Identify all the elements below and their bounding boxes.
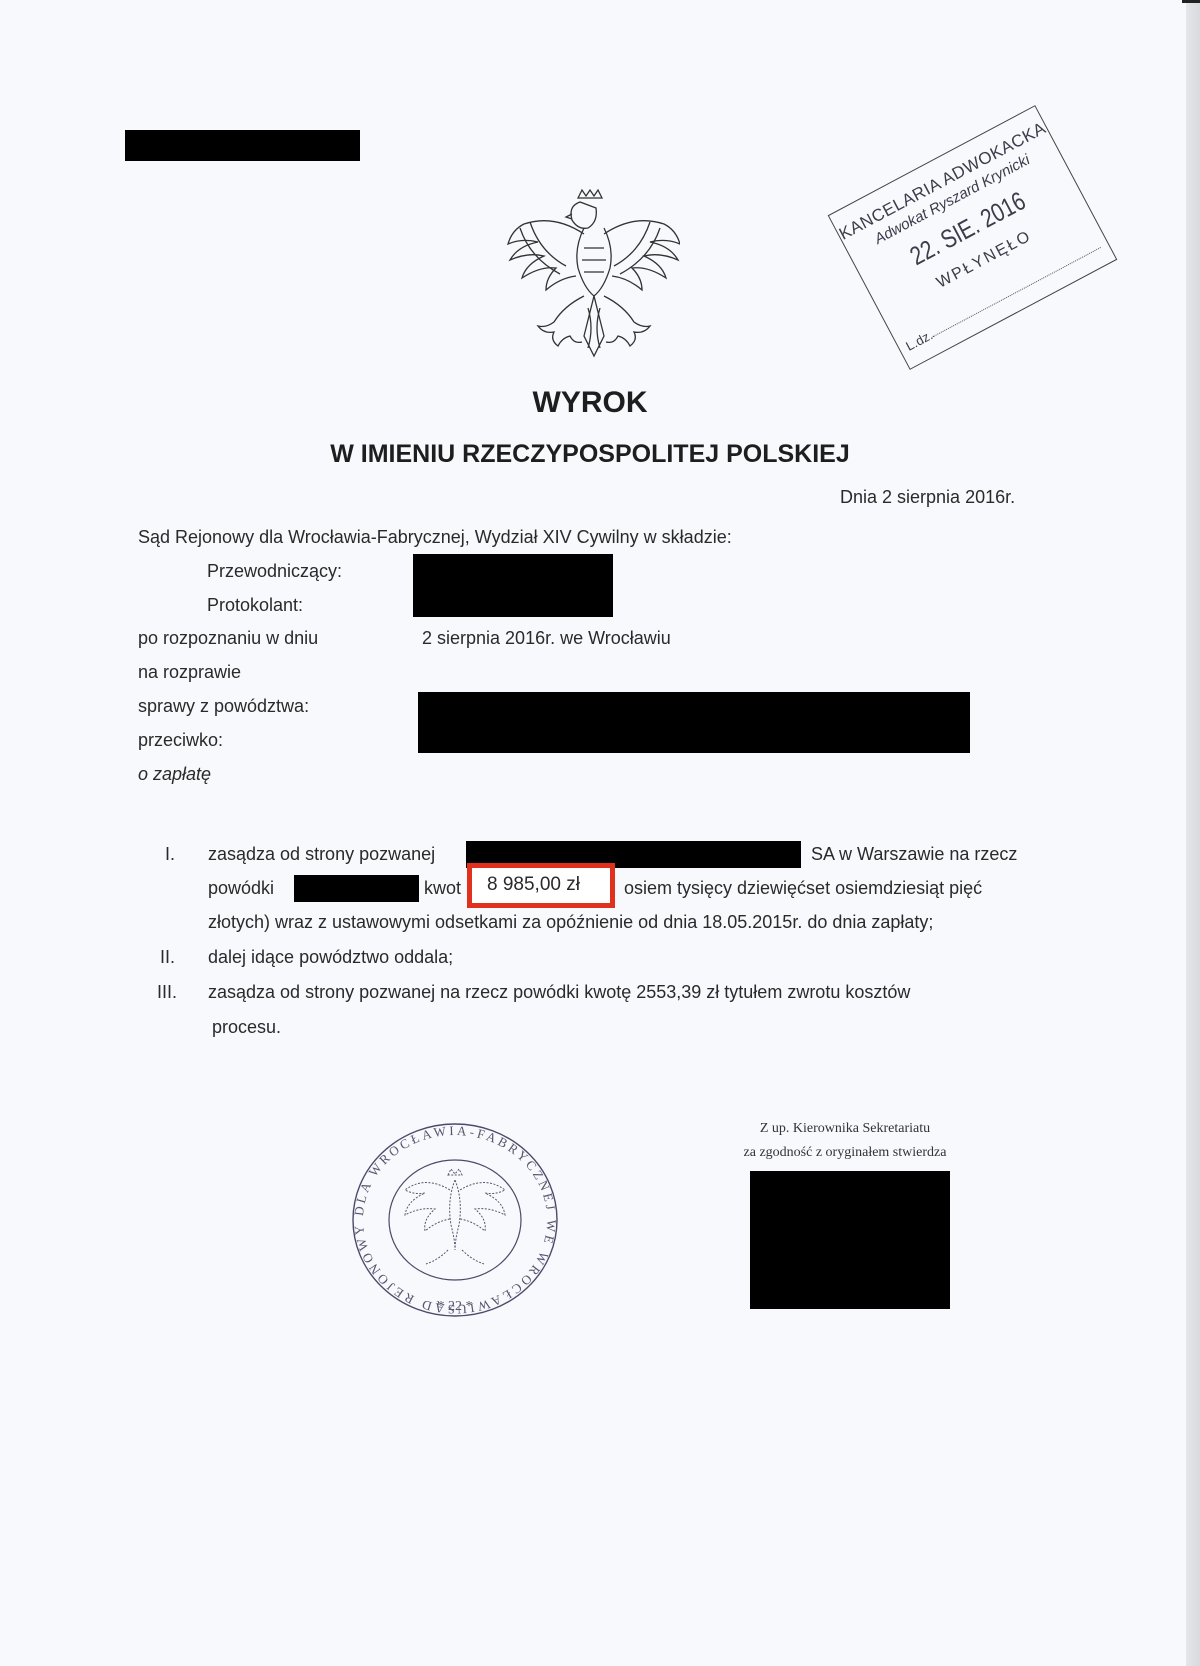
certification-line-2: za zgodność z oryginałem stwierdza [720, 1142, 970, 1164]
ruling-1-amount: 8 985,00 zł [487, 874, 580, 896]
issue-date: Dnia 2 sierpnia 2016r. [840, 486, 1015, 508]
redacted-chair-clerk [413, 554, 613, 617]
court-seal: SĄD REJONOWY DLA WROCŁAWIA-FABRYCZNEJ WE… [348, 1120, 563, 1320]
hearing-value: 2 sierpnia 2016r. we Wrocławiu [422, 627, 671, 649]
redacted-signature [750, 1171, 950, 1309]
ruling-1-text-b: SA w Warszawie na rzecz [811, 843, 1017, 865]
plaintiff-label: sprawy z powództwa: [138, 695, 309, 717]
received-stamp: KANCELARIA ADWOKACKA Adwokat Ryszard Kry… [828, 105, 1118, 370]
seal-number: * 22 * [438, 1299, 473, 1314]
ruling-1-amount-label: kwot [424, 877, 461, 899]
ruling-2-numeral: II. [160, 946, 175, 968]
subject-label: o zapłatę [138, 763, 211, 785]
defendant-label: przeciwko: [138, 729, 223, 751]
court-line: Sąd Rejonowy dla Wrocławia-Fabrycznej, W… [138, 526, 732, 548]
ruling-1-amount-words: osiem tysięcy dziewięćset osiemdziesiąt … [624, 877, 982, 899]
certification-line-1: Z up. Kierownika Sekretariatu [720, 1118, 970, 1140]
document-title: WYROK [0, 386, 1180, 420]
ruling-1-plaintiff-label: powódki [208, 877, 274, 899]
seal-eagle-icon [405, 1169, 505, 1264]
ruling-3-text: zasądza od strony pozwanej na rzecz powó… [208, 981, 910, 1003]
hearing-label: po rozpoznaniu w dniu [138, 627, 318, 649]
ruling-2-text: dalej idące powództwo oddala; [208, 946, 453, 968]
ruling-3-text-cont: procesu. [212, 1016, 281, 1038]
document-subtitle: W IMIENIU RZECZYPOSPOLITEJ POLSKIEJ [0, 440, 1180, 469]
redacted-plaintiff [294, 875, 419, 902]
ruling-1-interest: złotych) wraz z ustawowymi odsetkami za … [208, 911, 933, 933]
scan-edge [1186, 0, 1200, 1666]
clerk-label: Protokolant: [207, 594, 303, 616]
ruling-3-numeral: III. [157, 981, 177, 1003]
ruling-1-text-a: zasądza od strony pozwanej [208, 843, 435, 865]
ruling-1-numeral: I. [165, 843, 175, 865]
chair-label: Przewodniczący: [207, 560, 342, 582]
polish-eagle-emblem-icon [500, 188, 680, 363]
scan-mark [1182, 0, 1200, 3]
redacted-case-number [125, 130, 360, 161]
redacted-parties [418, 692, 970, 753]
session-label: na rozprawie [138, 661, 241, 683]
